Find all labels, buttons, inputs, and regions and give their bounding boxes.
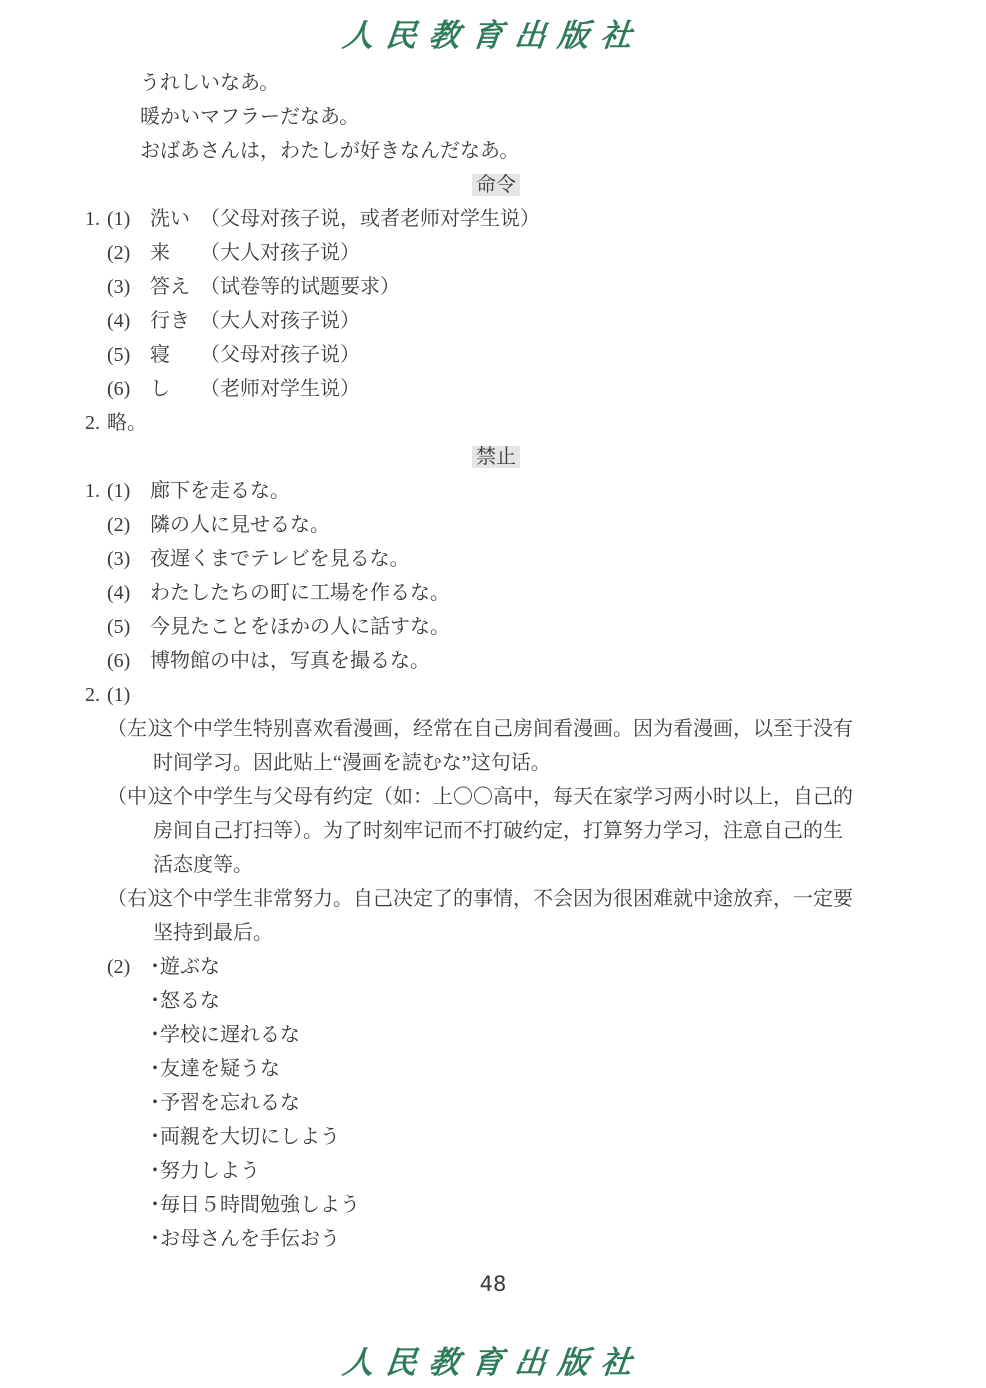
bullet-dot-icon: ・	[145, 1018, 160, 1052]
paragraph-line: 这个中学生与父母有约定（如：上〇〇高中，每天在家学习两小时以上，自己的	[153, 780, 907, 814]
indent-spacer	[107, 984, 145, 1018]
intro-line: うれしいなあ。	[85, 66, 907, 100]
indent-spacer	[107, 1018, 145, 1052]
answer-number: 2.	[85, 406, 107, 440]
paragraph-line: 房间自己打扫等）。为了时刻牢记而不打破约定，打算努力学习，注意自己的生	[153, 814, 907, 848]
bullet-dot-icon: ・	[145, 1120, 160, 1154]
indent-spacer	[85, 712, 107, 780]
publisher-logo-header: 人民教育出版社	[340, 10, 646, 55]
paragraph-lines: 这个中学生与父母有约定（如：上〇〇高中，每天在家学习两小时以上，自己的 房间自己…	[153, 780, 907, 882]
indent-spacer	[85, 1018, 107, 1052]
answer-number	[85, 508, 107, 542]
indent-spacer	[85, 780, 107, 882]
answer-row: 1. (1) 洗い （父母对孩子说，或者老师对学生说）	[85, 202, 907, 236]
answer-row: (3) 夜遅くまでテレビを見るな。	[85, 542, 907, 576]
answer-note: （父母对孩子说，或者老师对学生说）	[200, 202, 907, 236]
bullet-text: 両親を大切にしよう	[160, 1120, 340, 1154]
answer-number	[85, 576, 107, 610]
bullet-text: 予習を忘れるな	[160, 1086, 300, 1120]
answer-word: 寝	[150, 338, 200, 372]
intro-line: 暖かいマフラーだなあ。	[85, 100, 907, 134]
answer-number	[85, 236, 107, 270]
bullet-dot-icon: ・	[145, 1154, 160, 1188]
answer-row: (4) 行き （大人对孩子说）	[85, 304, 907, 338]
answer-row: 2. 略。	[85, 406, 907, 440]
answer-word: 洗い	[150, 202, 200, 236]
answer-row: (3) 答え （试卷等的试题要求）	[85, 270, 907, 304]
answer-number: 1.	[85, 474, 107, 508]
bullet-text: 努力しよう	[160, 1154, 260, 1188]
bullet-item: ・ 予習を忘れるな	[85, 1086, 907, 1120]
answer-number	[85, 644, 107, 678]
answer-sub-number: (4)	[107, 304, 150, 338]
bullet-dot-icon: ・	[145, 1188, 160, 1222]
bullet-text: 遊ぶな	[160, 950, 220, 984]
section-heading-label: 禁止	[472, 446, 520, 468]
answer-number	[85, 270, 107, 304]
answer-number	[85, 542, 107, 576]
answer-row: (4) わたしたちの町に工場を作るな。	[85, 576, 907, 610]
answer-row: 2. (1)	[85, 678, 907, 712]
paragraph-line: 活态度等。	[153, 848, 907, 882]
paragraph-line: 坚持到最后。	[153, 916, 907, 950]
paragraph-label: （中）	[107, 780, 153, 882]
bullet-text: 毎日５時間勉強しよう	[160, 1188, 360, 1222]
answer-paragraph: （右） 这个中学生非常努力。自己决定了的事情，不会因为很困难就中途放弃，一定要 …	[85, 882, 907, 950]
answer-sub-number: (6)	[107, 372, 150, 406]
answer-number: 1.	[85, 202, 107, 236]
indent-spacer	[85, 882, 107, 950]
answer-row: (5) 寝 （父母对孩子说）	[85, 338, 907, 372]
answer-number	[85, 338, 107, 372]
bullet-item: ・ 毎日５時間勉強しよう	[85, 1188, 907, 1222]
answer-sub-number: (2)	[107, 236, 150, 270]
publisher-logo-footer: 人民教育出版社	[340, 1337, 646, 1382]
indent-spacer	[85, 1052, 107, 1086]
section-heading-meirei: 命令	[85, 168, 907, 202]
answer-sentence: 今見たことをほかの人に話すな。	[150, 610, 907, 644]
bullet-text: お母さんを手伝おう	[160, 1222, 340, 1256]
answer-word: し	[150, 372, 200, 406]
paragraph-lines: 这个中学生特别喜欢看漫画，经常在自己房间看漫画。因为看漫画，以至于没有 时间学习…	[153, 712, 907, 780]
answer-row: (2) 隣の人に見せるな。	[85, 508, 907, 542]
indent-spacer	[85, 950, 107, 984]
bullet-dot-icon: ・	[145, 1222, 160, 1256]
indent-spacer	[107, 1188, 145, 1222]
paragraph-lines: 这个中学生非常努力。自己决定了的事情，不会因为很困难就中途放弃，一定要 坚持到最…	[153, 882, 907, 950]
answer-sub-number: (6)	[107, 644, 150, 678]
indent-spacer	[85, 1222, 107, 1256]
page-content: うれしいなあ。 暖かいマフラーだなあ。 おばあさんは，わたしが好きなんだなあ。 …	[85, 66, 907, 1256]
answer-paragraph: （左） 这个中学生特别喜欢看漫画，经常在自己房间看漫画。因为看漫画，以至于没有 …	[85, 712, 907, 780]
answer-sub-number: (1)	[107, 678, 150, 712]
answer-row: (6) し （老师对学生说）	[85, 372, 907, 406]
answer-note: （大人对孩子说）	[200, 236, 907, 270]
answer-word: 行き	[150, 304, 200, 338]
answer-sub-number: (3)	[107, 542, 150, 576]
indent-spacer	[85, 1086, 107, 1120]
indent-spacer	[85, 1120, 107, 1154]
answer-row: (2) 来 （大人对孩子说）	[85, 236, 907, 270]
bullet-item: ・ 怒るな	[85, 984, 907, 1018]
bullet-item: (2) ・ 遊ぶな	[85, 950, 907, 984]
bullet-item: ・ 両親を大切にしよう	[85, 1120, 907, 1154]
bullet-text: 友達を疑うな	[160, 1052, 280, 1086]
bullet-item: ・ 学校に遅れるな	[85, 1018, 907, 1052]
answer-word: 答え	[150, 270, 200, 304]
answer-sub-number: (1)	[107, 474, 150, 508]
section-heading-kinshi: 禁止	[85, 440, 907, 474]
answer-sub-number: (2)	[107, 950, 145, 984]
indent-spacer	[85, 1154, 107, 1188]
paragraph-label: （左）	[107, 712, 153, 780]
answer-sentence: わたしたちの町に工場を作るな。	[150, 576, 907, 610]
page-header: 人民教育出版社	[0, 0, 986, 66]
answer-sub-number: (3)	[107, 270, 150, 304]
paragraph-label: （右）	[107, 882, 153, 950]
bullet-item: ・ 友達を疑うな	[85, 1052, 907, 1086]
indent-spacer	[85, 1188, 107, 1222]
indent-spacer	[107, 1086, 145, 1120]
answer-note: （老师对学生说）	[200, 372, 907, 406]
paragraph-line: 这个中学生非常努力。自己决定了的事情，不会因为很困难就中途放弃，一定要	[153, 882, 907, 916]
answer-word: 来	[150, 236, 200, 270]
paragraph-line: 这个中学生特别喜欢看漫画，经常在自己房间看漫画。因为看漫画，以至于没有	[153, 712, 907, 746]
answer-sub-number: (2)	[107, 508, 150, 542]
bullet-dot-icon: ・	[145, 1052, 160, 1086]
indent-spacer	[107, 1154, 145, 1188]
answer-row: 1. (1) 廊下を走るな。	[85, 474, 907, 508]
answer-note: （试卷等的试题要求）	[200, 270, 907, 304]
answer-text: 略。	[107, 406, 147, 440]
answer-number	[85, 304, 107, 338]
answer-sub-number: (5)	[107, 338, 150, 372]
answer-sentence: 隣の人に見せるな。	[150, 508, 907, 542]
answer-number	[85, 372, 107, 406]
document-page: 人民教育出版社 うれしいなあ。 暖かいマフラーだなあ。 おばあさんは，わたしが好…	[0, 0, 986, 1388]
indent-spacer	[107, 1222, 145, 1256]
answer-note: （大人对孩子说）	[200, 304, 907, 338]
bullet-dot-icon: ・	[145, 950, 160, 984]
indent-spacer	[85, 984, 107, 1018]
bullet-dot-icon: ・	[145, 1086, 160, 1120]
page-number: 48	[0, 1272, 986, 1296]
bullet-item: ・ 努力しよう	[85, 1154, 907, 1188]
answer-number	[85, 610, 107, 644]
bullet-text: 怒るな	[160, 984, 220, 1018]
intro-line: おばあさんは，わたしが好きなんだなあ。	[85, 134, 907, 168]
answer-row: (6) 博物館の中は，写真を撮るな。	[85, 644, 907, 678]
answer-number: 2.	[85, 678, 107, 712]
indent-spacer	[107, 1120, 145, 1154]
paragraph-line: 时间学习。因此贴上“漫画を読むな”这句话。	[153, 746, 907, 780]
answer-sentence: 廊下を走るな。	[150, 474, 907, 508]
answer-sentence: 博物館の中は，写真を撮るな。	[150, 644, 907, 678]
answer-sub-number: (5)	[107, 610, 150, 644]
answer-paragraph: （中） 这个中学生与父母有约定（如：上〇〇高中，每天在家学习两小时以上，自己的 …	[85, 780, 907, 882]
bullet-item: ・ お母さんを手伝おう	[85, 1222, 907, 1256]
indent-spacer	[107, 1052, 145, 1086]
bullet-dot-icon: ・	[145, 984, 160, 1018]
answer-row: (5) 今見たことをほかの人に話すな。	[85, 610, 907, 644]
page-footer: 人民教育出版社	[0, 1337, 986, 1382]
answer-sentence: 夜遅くまでテレビを見るな。	[150, 542, 907, 576]
bullet-text: 学校に遅れるな	[160, 1018, 300, 1052]
section-heading-label: 命令	[472, 174, 520, 196]
answer-sub-number: (4)	[107, 576, 150, 610]
answer-note: （父母对孩子说）	[200, 338, 907, 372]
answer-sub-number: (1)	[107, 202, 150, 236]
